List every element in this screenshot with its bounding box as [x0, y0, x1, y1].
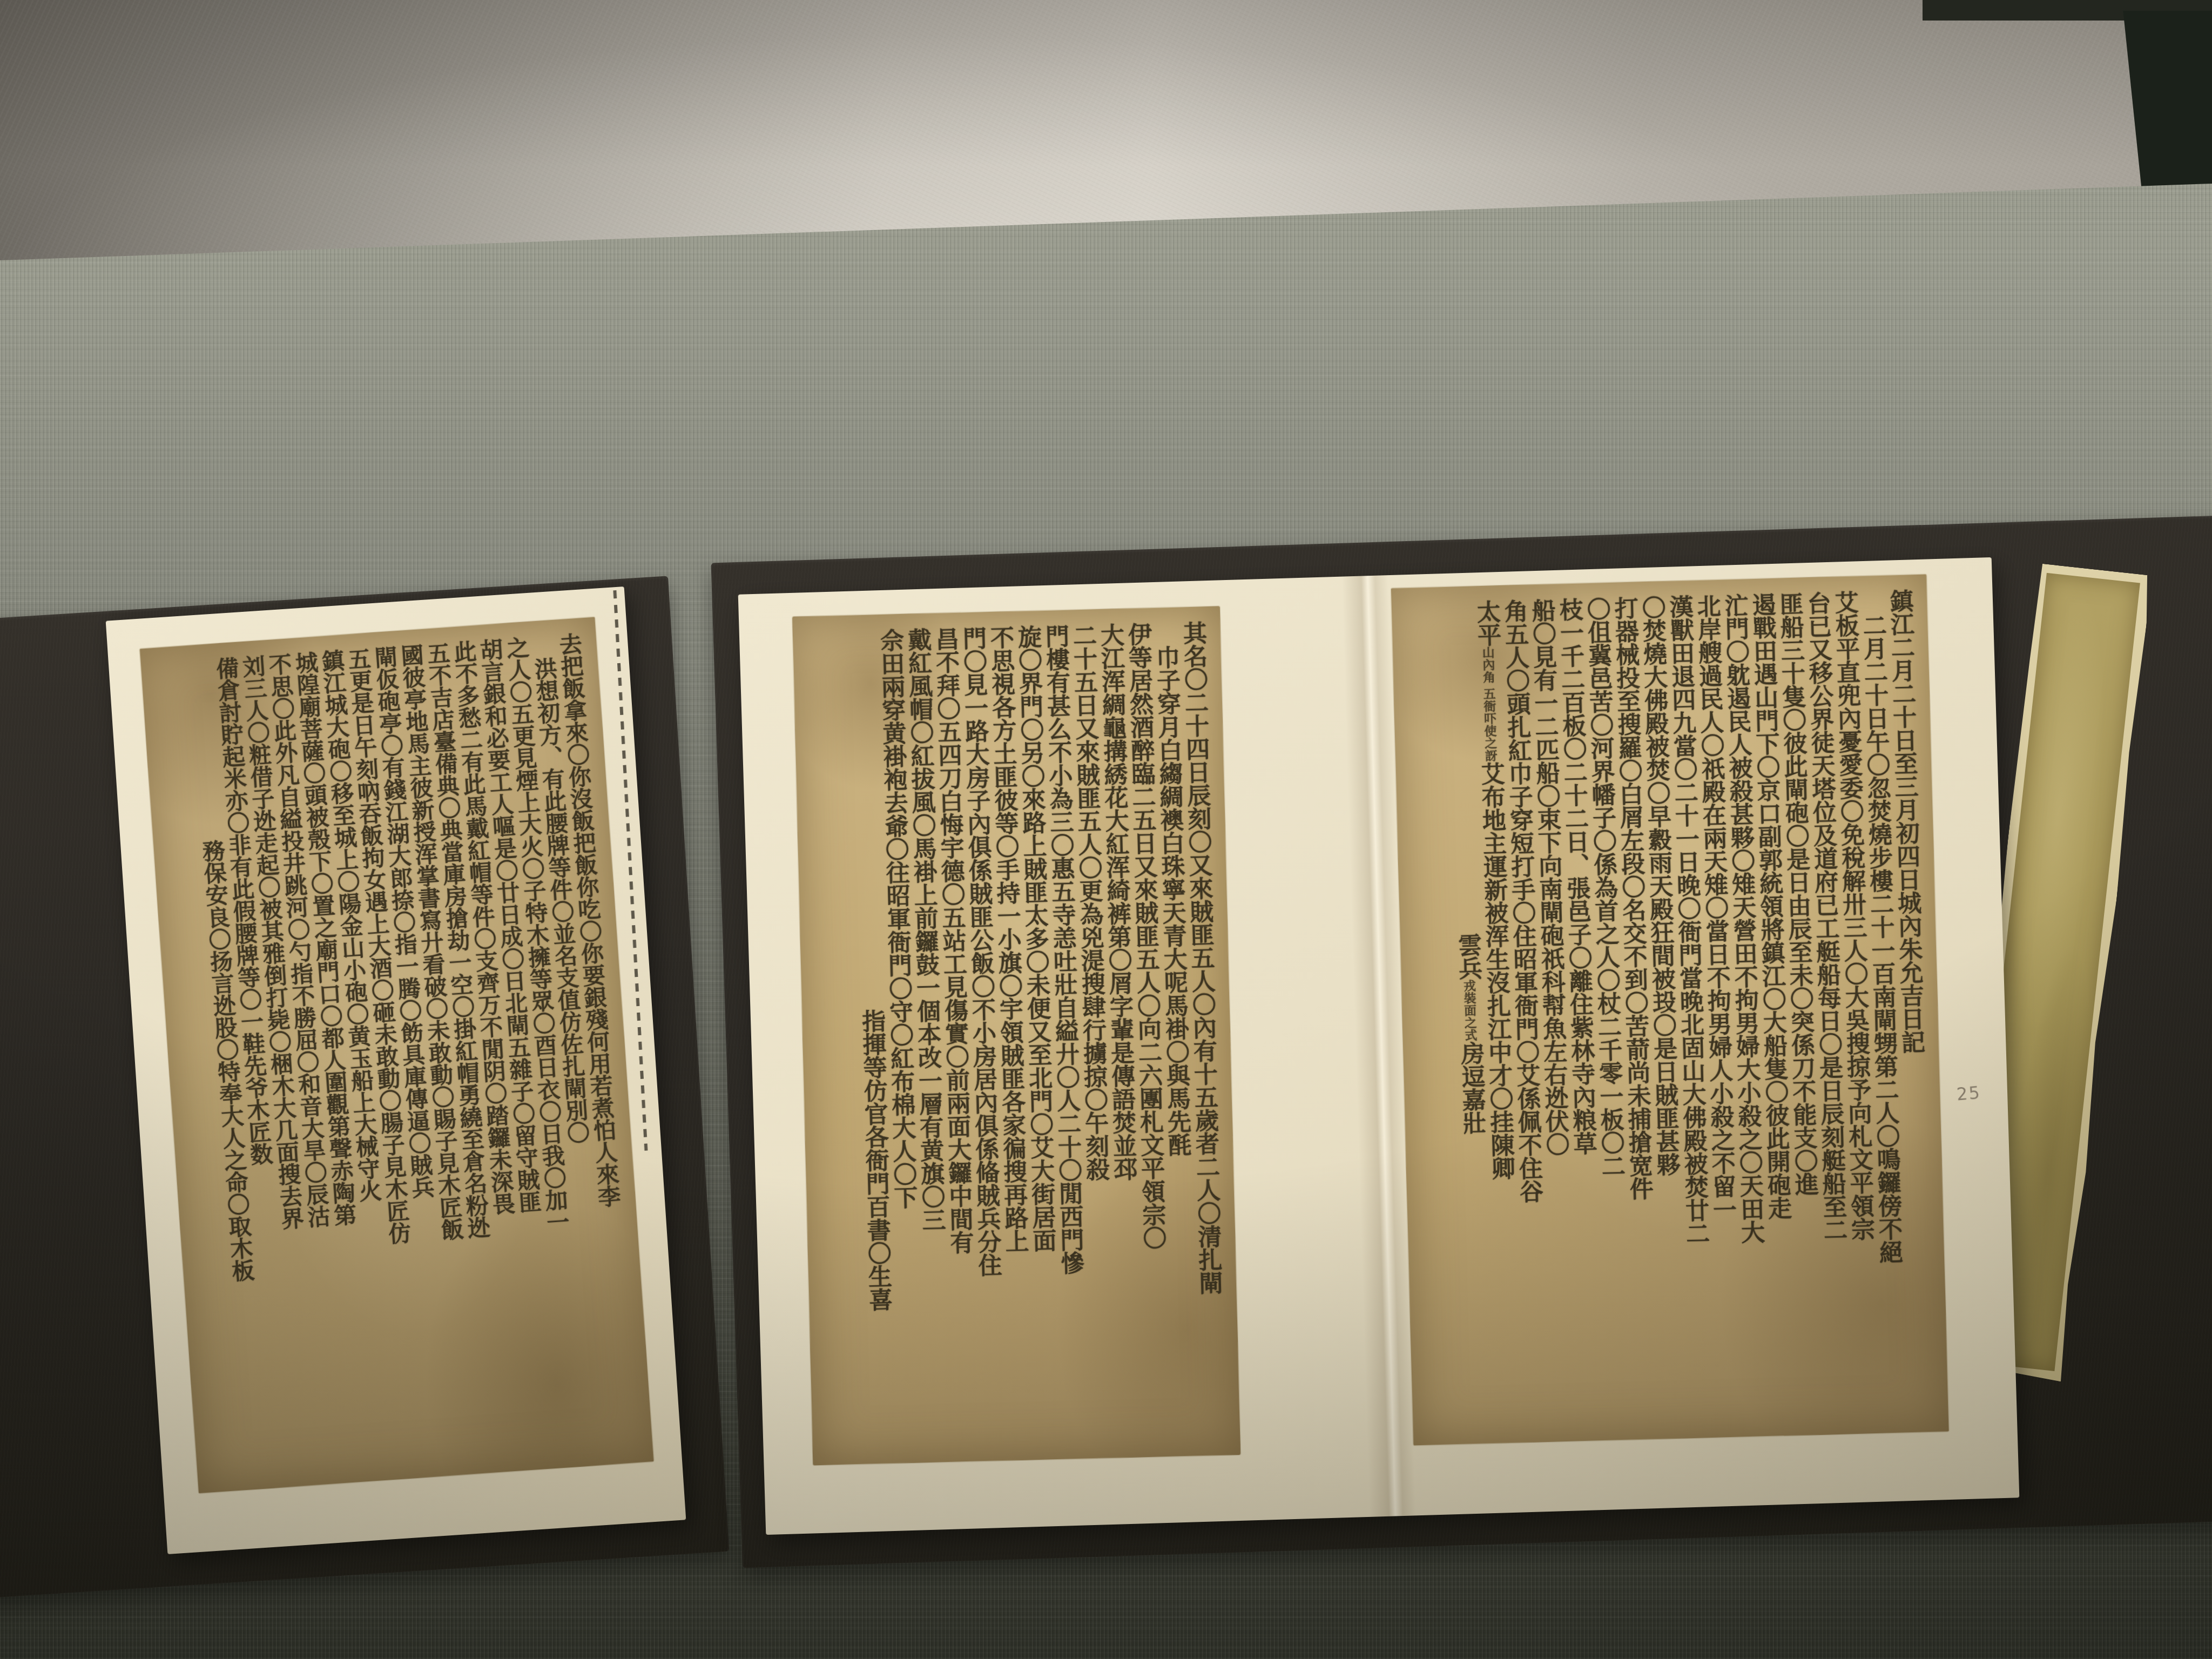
open-manuscript-spread: 其名〇二十四日辰刻〇又來賊匪五人〇內有十五歲者二人〇清扎閘巾子穿月白縐綢襖白珠寧… [738, 557, 2020, 1535]
left-manuscript-page: 去把飯拿來〇你沒飯把飯你吃〇你要銀殘何用若煮怕人來李洪想初方、有此腰牌等件〇並名… [106, 586, 686, 1554]
column-text: 房逗嘉壯 [1456, 1041, 1486, 1134]
left-page-text-block: 去把飯拿來〇你沒飯把飯你吃〇你要銀殘何用若煮怕人來李洪想初方、有此腰牌等件〇並名… [139, 617, 653, 1493]
column-text: 太平 [1472, 599, 1501, 646]
column-text: 戎裝面之式 [1461, 979, 1477, 1041]
right-page-text-block: 鎮江二月二十日至三月初四日城內朱允吉日記二月二十日午〇忽焚燒步樓二十一百南閘甥第… [1391, 574, 1949, 1445]
museum-manuscript-photo: 去把飯拿來〇你沒飯把飯你吃〇你要銀殘何用若煮怕人來李洪想初方、有此腰牌等件〇並名… [0, 0, 2212, 1659]
left-page-columns: 去把飯拿來〇你沒飯把飯你吃〇你要銀殘何用若煮怕人來李洪想初方、有此腰牌等件〇並名… [139, 617, 653, 1493]
column-text: 山內角 五衙吓使之訝 [1480, 646, 1498, 761]
column-text: 雲兵 [1453, 933, 1482, 980]
pencil-page-number: 25 [1956, 1082, 1982, 1105]
middle-page-columns: 其名〇二十四日辰刻〇又來賊匪五人〇內有十五歲者二人〇清扎閘巾子穿月白縐綢襖白珠寧… [792, 606, 1240, 1465]
middle-page-text-block: 其名〇二十四日辰刻〇又來賊匪五人〇內有十五歲者二人〇清扎閘巾子穿月白縐綢襖白珠寧… [792, 606, 1240, 1465]
right-page-columns: 鎮江二月二十日至三月初四日城內朱允吉日記二月二十日午〇忽焚燒步樓二十一百南閘甥第… [1391, 574, 1949, 1445]
